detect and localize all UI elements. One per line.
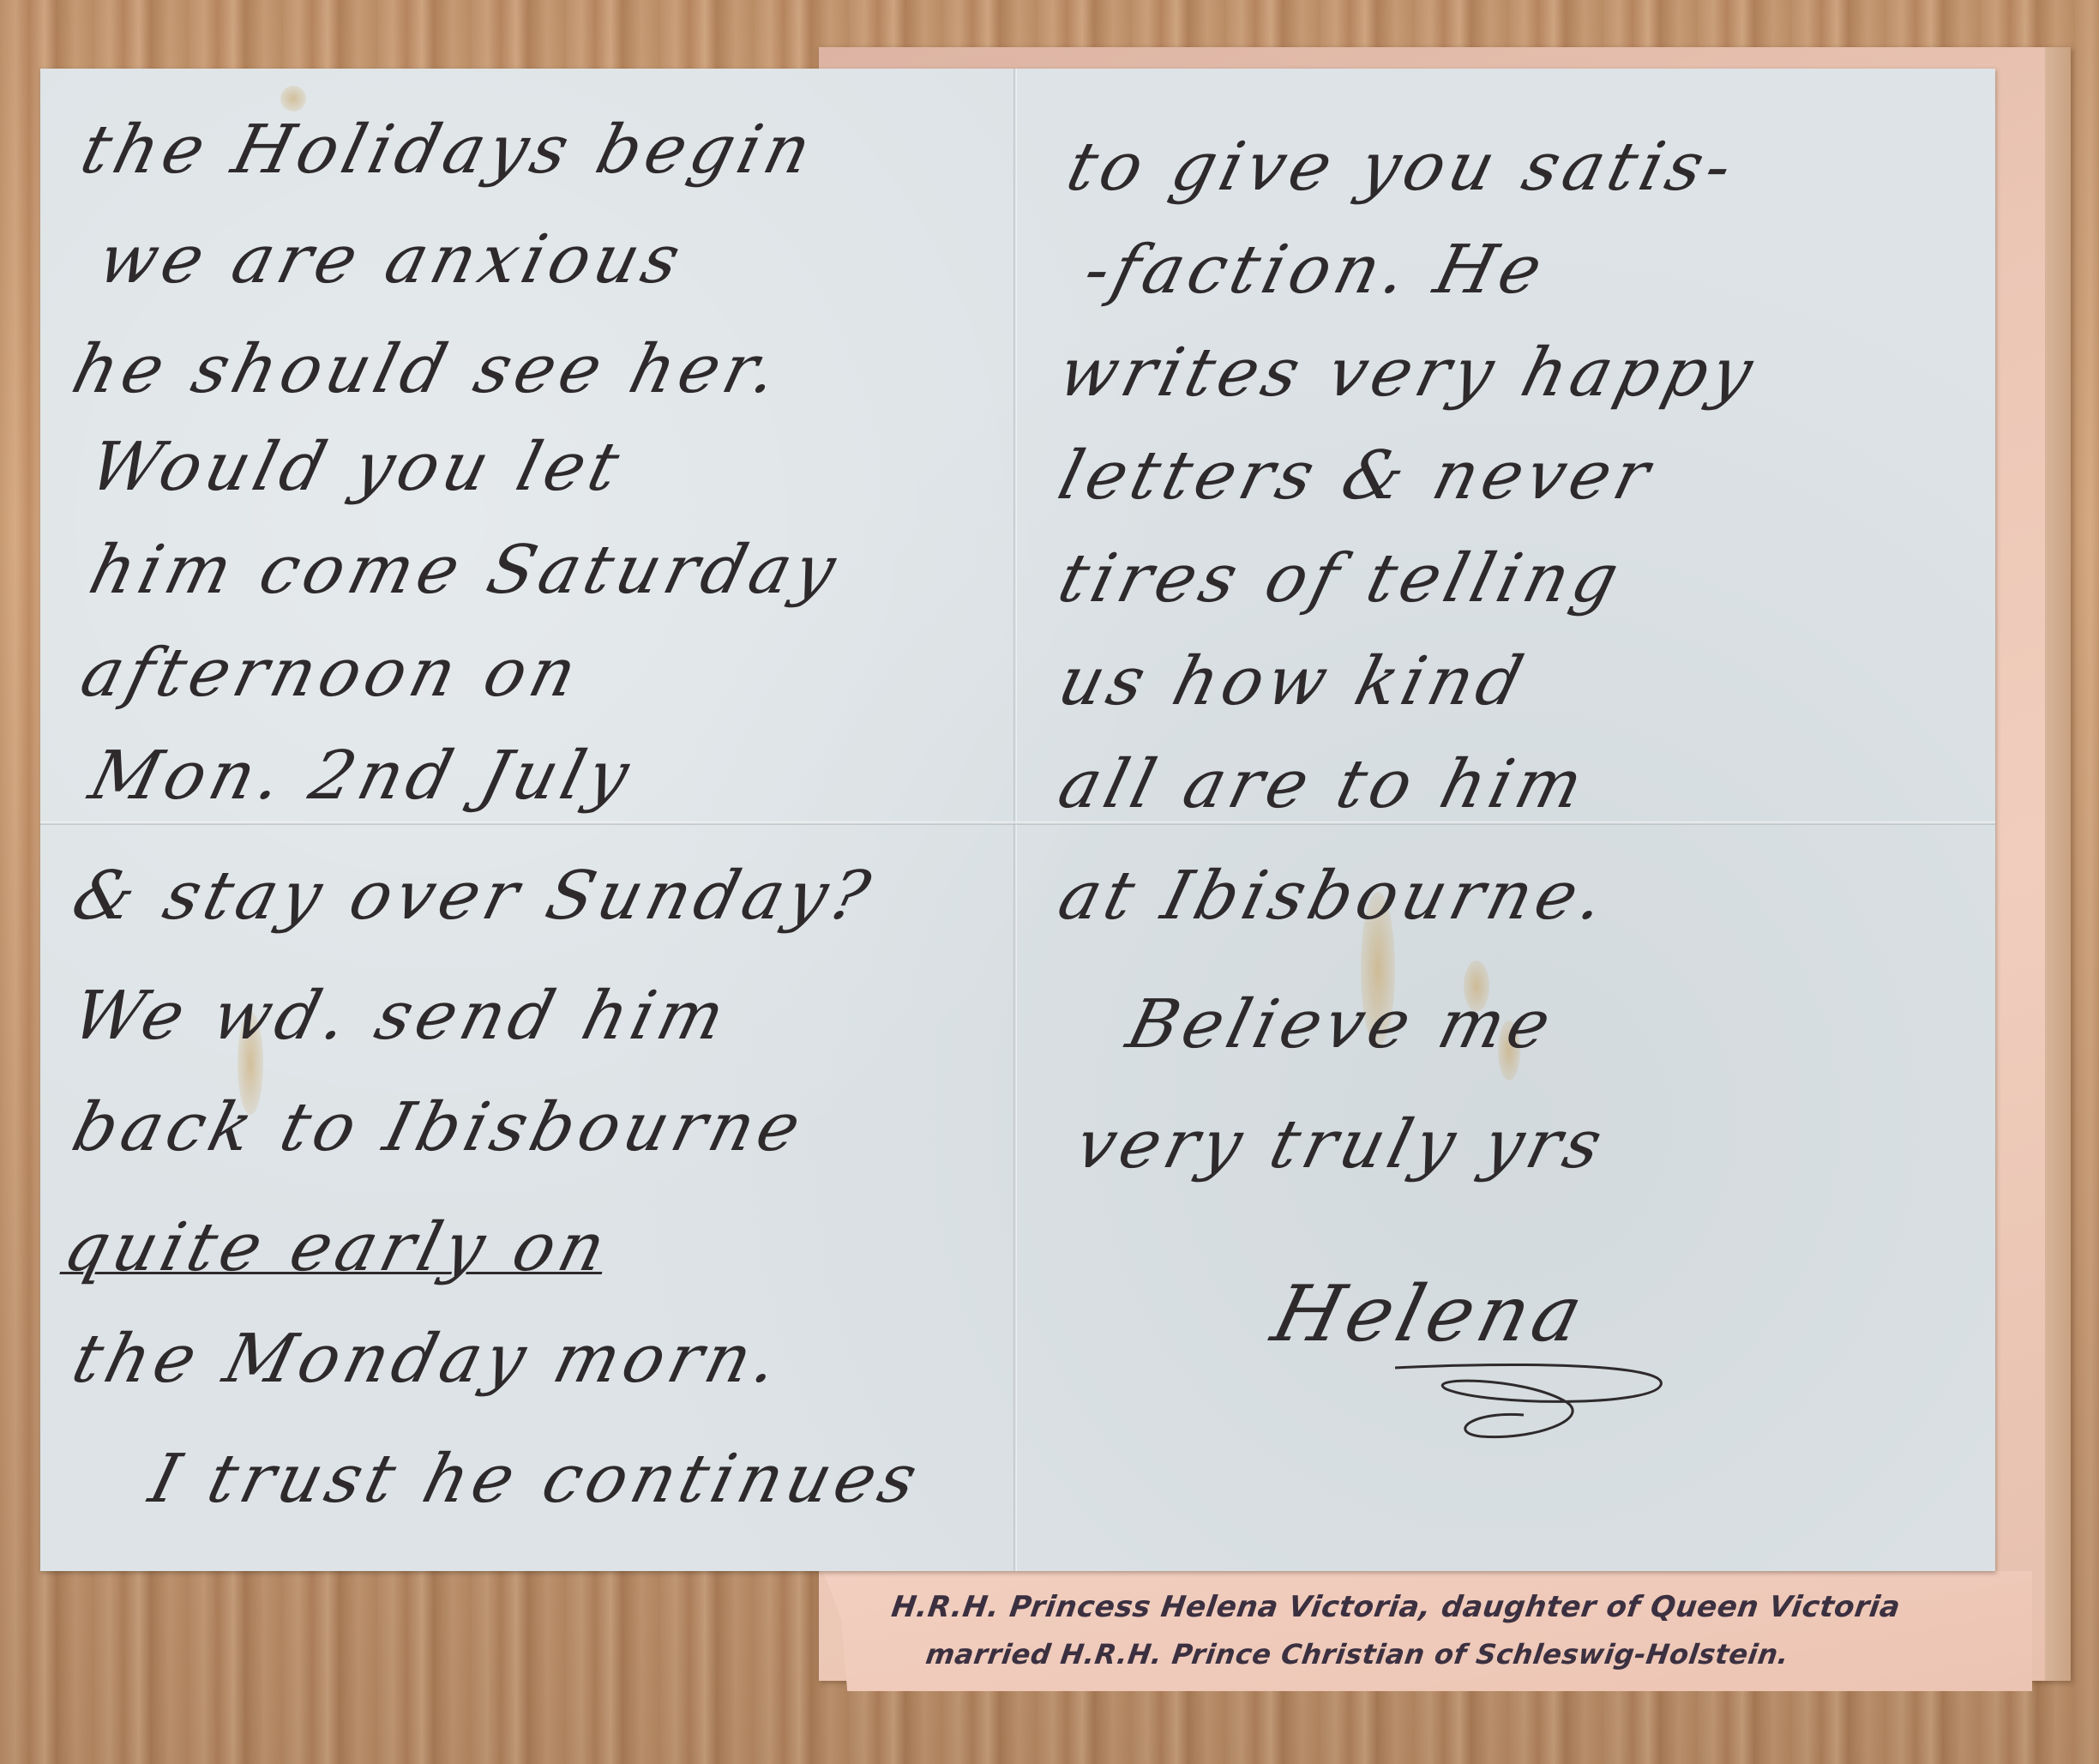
letter-line: the Holidays begin	[74, 111, 823, 189]
letter-line: him come Saturday	[82, 532, 848, 609]
letter-line: letters & never	[1051, 437, 1663, 515]
caption-line-2: married H.R.H. Prince Christian of Schle…	[923, 1638, 1791, 1671]
letter-line: all are to him	[1051, 746, 1596, 823]
signature-flourish-icon	[1386, 1355, 1729, 1449]
letter-line: Would you let	[82, 429, 632, 506]
letter-line: us how kind	[1051, 643, 1536, 720]
letter-line: quite early on	[57, 1209, 618, 1286]
letter-line: -faction. He	[1077, 232, 1555, 309]
signature: Helena	[1264, 1269, 1597, 1359]
letter-line: afternoon on	[74, 635, 589, 712]
letter-line: he should see her.	[65, 331, 791, 408]
letter-closing: Believe me	[1120, 986, 1563, 1063]
caption-label: H.R.H. Princess Helena Victoria, daughte…	[823, 1571, 2032, 1691]
letter-line: we are anxious	[91, 221, 693, 298]
letter-line: back to Ibisbourne	[65, 1089, 813, 1166]
letter-line: & stay over Sunday?	[65, 858, 882, 935]
caption-line-1: H.R.H. Princess Helena Victoria, daughte…	[889, 1590, 1903, 1624]
letter-line: I trust he continues	[142, 1441, 929, 1518]
letter-left-page: the Holidays begin we are anxious he sho…	[66, 69, 1001, 1571]
vertical-fold	[1013, 69, 1017, 1571]
letter-line: to give you satis-	[1060, 129, 1745, 206]
letter-line: the Monday morn.	[65, 1321, 791, 1398]
letter-line: We wd. send him	[65, 978, 737, 1055]
letter-line: tires of telling	[1051, 540, 1631, 617]
letter-line: at Ibisbourne.	[1051, 858, 1617, 935]
letter-line: writes very happy	[1051, 334, 1765, 412]
letter-right-page: to give you satis- -faction. He writes v…	[1061, 69, 1978, 1571]
letter-sheet: the Holidays begin we are anxious he sho…	[40, 69, 1995, 1571]
letter-line: Mon. 2nd July	[82, 738, 641, 815]
mount-edge	[2045, 47, 2071, 1681]
letter-valediction: very truly yrs	[1068, 1106, 1615, 1183]
